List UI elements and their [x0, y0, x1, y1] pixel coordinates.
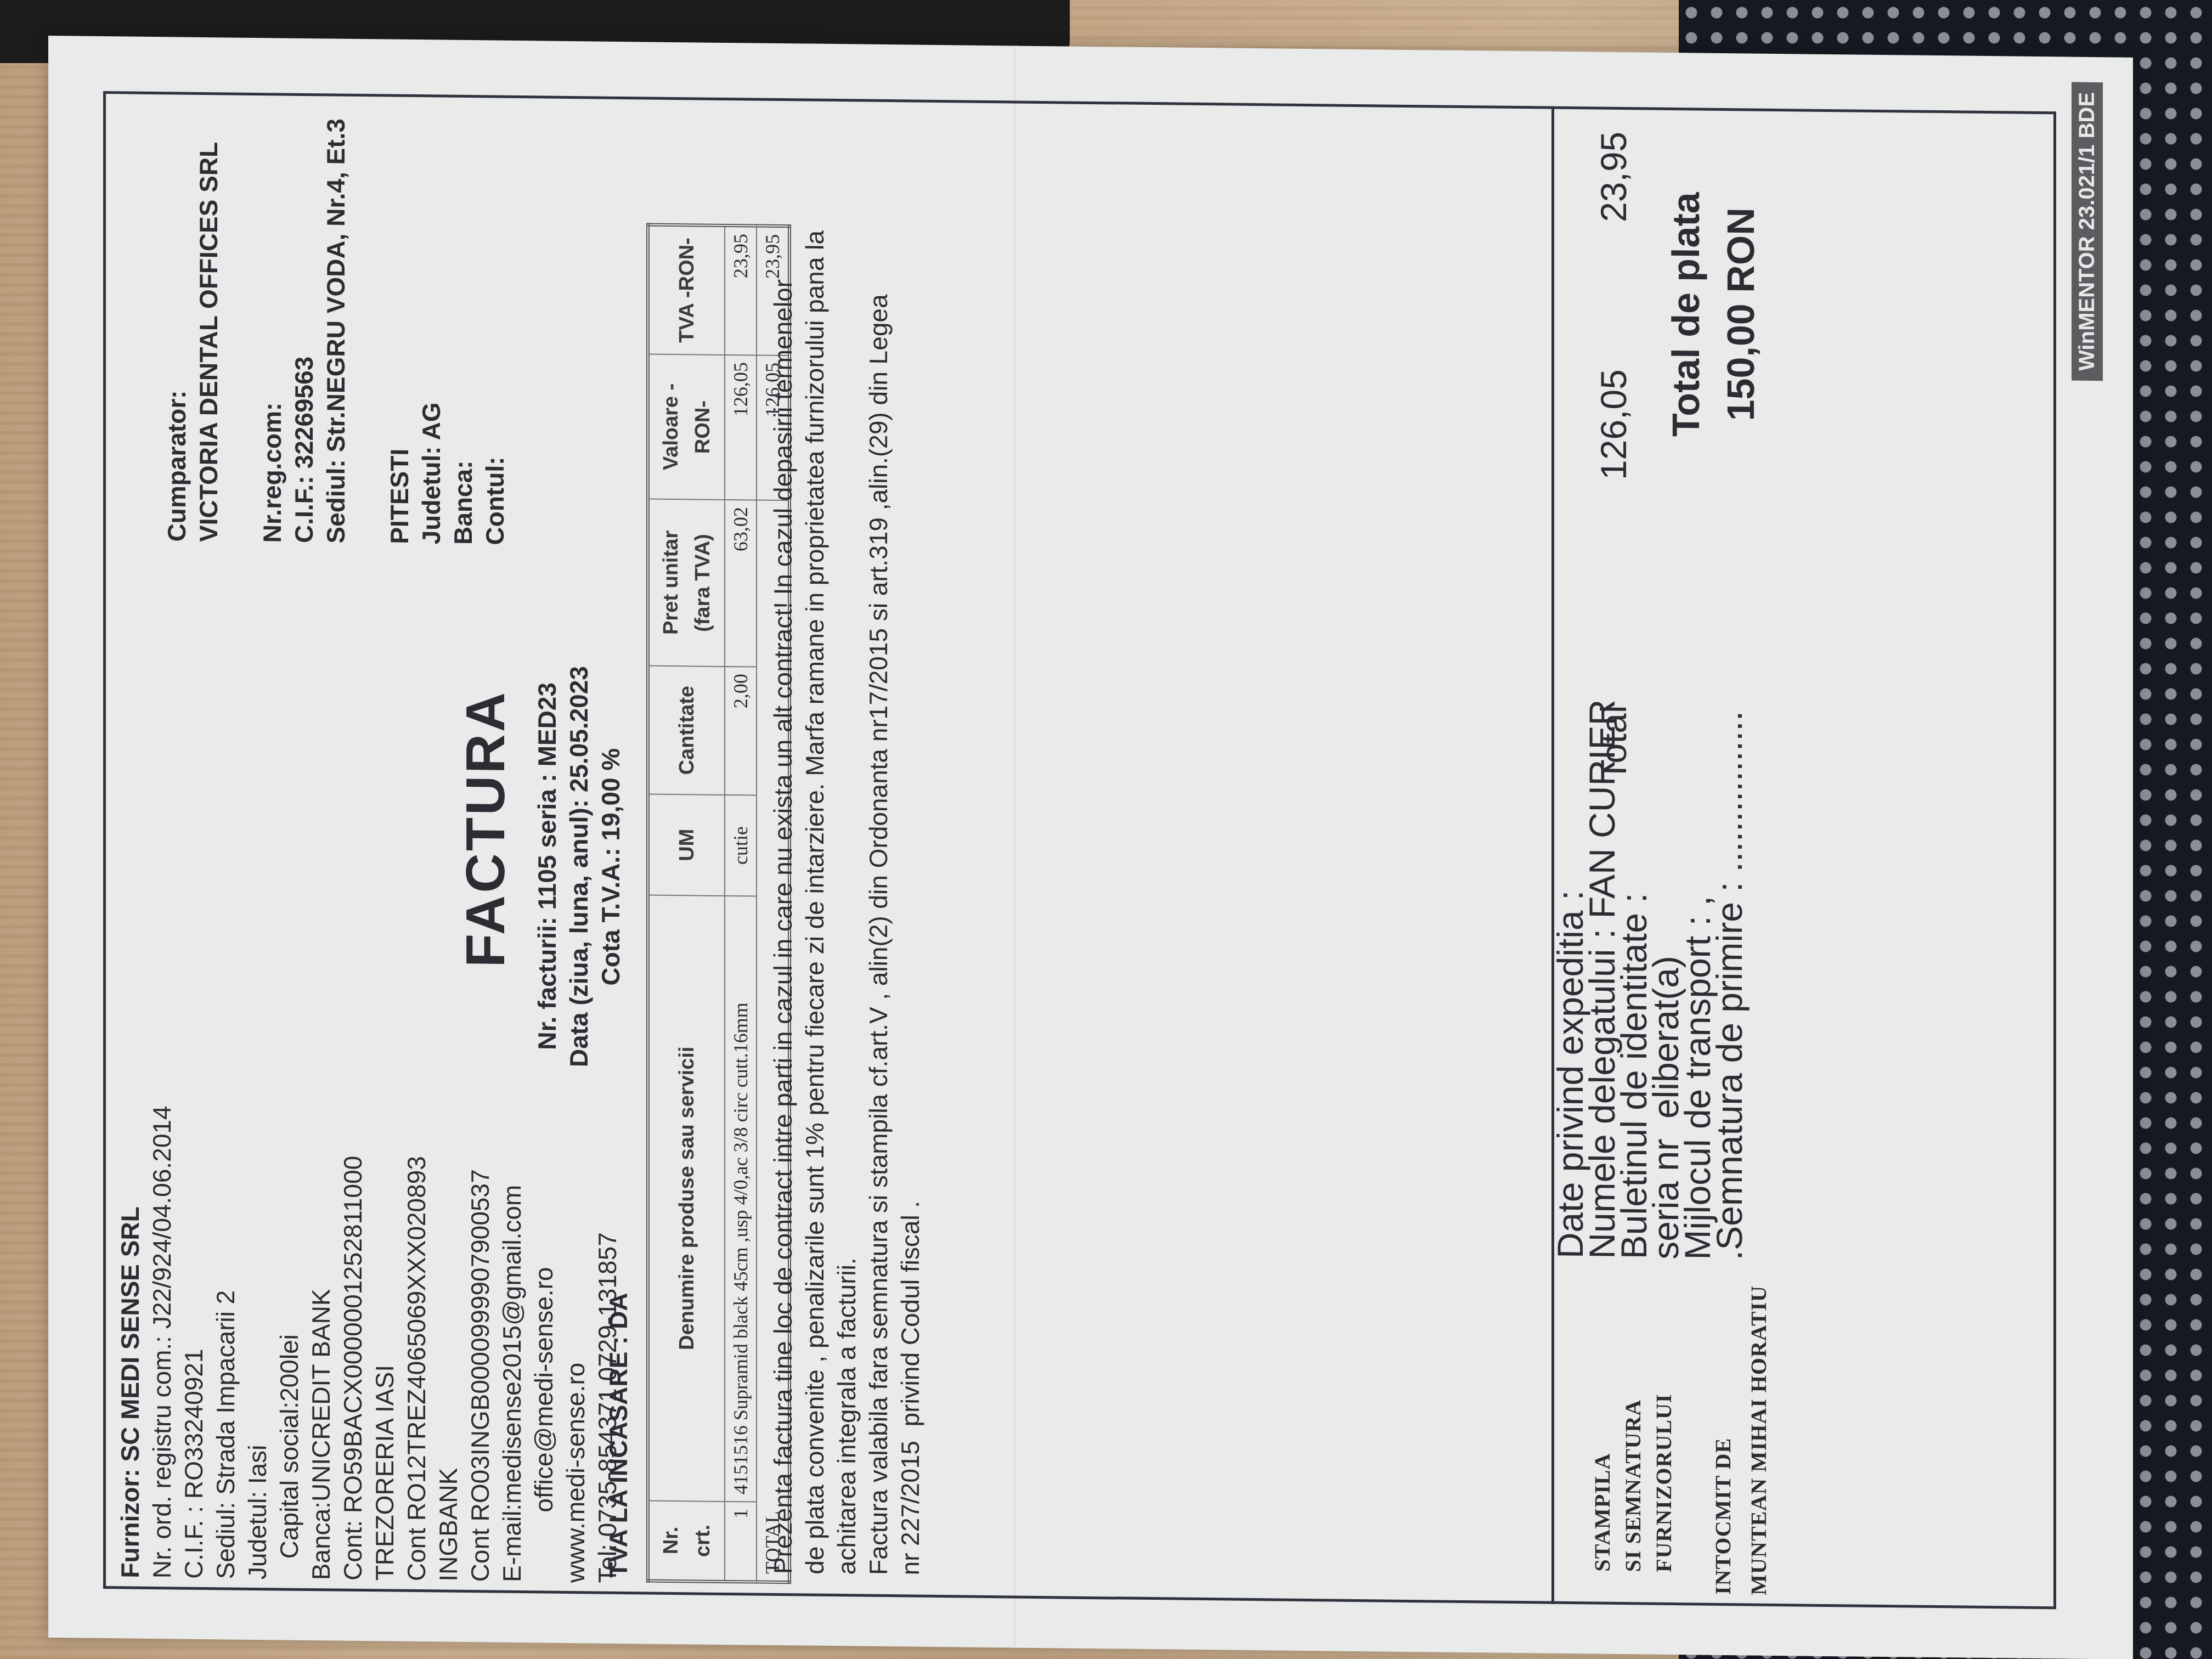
supplier-line: Cont RO12TREZ4065069XXX020893: [400, 1108, 432, 1581]
invoice-paper: Furnizor: SC MEDI SENSE SRL Nr. ord. reg…: [48, 36, 2133, 1659]
supplier-line: www.medi-sense.ro: [560, 1110, 591, 1583]
table-cell: 2,00: [725, 667, 757, 795]
stamp-label-line: SI SEMNATURA: [1618, 1393, 1649, 1572]
supplier-line: Sediul: Strada Impacarii 2: [210, 1106, 241, 1579]
prepared-by-label: INTOCMIT DE: [1708, 1437, 1739, 1595]
grand-total-value: 150,00 RON: [1719, 207, 1763, 421]
vat-rate: Cota T.V.A.: 19,00 %: [595, 666, 627, 1068]
shipping-line: .Semnatura de primire : ................: [1713, 701, 1745, 1260]
footer-section: STAMPILASI SEMNATURAFURNIZORULUI INTOCMI…: [1551, 106, 2056, 1610]
note-line: Prezenta factura tine loc de contract in…: [767, 230, 799, 1574]
legal-notes: Prezenta factura tine loc de contract in…: [767, 230, 926, 1576]
invoice-title-block: FACTURA: [454, 690, 517, 968]
buyer-label: Cumparator:: [161, 117, 193, 542]
footer-total-label: Total: [1593, 705, 1634, 782]
supplier-line: Cont RO03INGB0000999907900537: [464, 1109, 496, 1582]
table-cell: 63,02: [725, 500, 757, 667]
note-line: nr 227/2015 privind Codul fiscal .: [894, 232, 926, 1576]
buyer-line: Sediul: Str.NEGRU VODA, Nr.4, Et.3: [320, 119, 352, 544]
software-badge: WinMENTOR 23.021/1 BDE: [2072, 82, 2103, 381]
column-header: Pret unitar (fara TVA): [648, 499, 725, 666]
supplier-line: Cont: RO59BACX0000001252811000: [337, 1108, 369, 1581]
buyer-line: Banca:: [447, 120, 479, 545]
supplier-line: E-mail:medisense2015@gmail.com: [496, 1109, 528, 1582]
supplier-line: office@medi-sense.ro: [528, 1109, 560, 1582]
invoice-date: Data (ziua, luna, anul): 25.05.2023: [563, 666, 595, 1068]
supplier-title: Furnizor: SC MEDI SENSE SRL: [114, 1105, 146, 1578]
supplier-line: Nr. ord. registru com.: J22/924/04.06.20…: [146, 1105, 178, 1578]
grand-total-label: Total de plata: [1664, 192, 1708, 437]
table-cell: 1: [725, 1502, 757, 1582]
supplier-line: Banca:UNICREDIT BANK: [305, 1107, 337, 1580]
supplier-line: Judetul: Iasi: [241, 1107, 273, 1579]
buyer-block: Cumparator: VICTORIA DENTAL OFFICES SRL …: [161, 117, 511, 545]
invoice-number: Nr. facturii: 1105 seria : MED23: [531, 665, 563, 1067]
stamp-block: STAMPILASI SEMNATURAFURNIZORULUI: [1587, 1393, 1679, 1572]
column-header: Denumire produse sau servicii: [648, 895, 725, 1501]
buyer-name: VICTORIA DENTAL OFFICES SRL: [193, 117, 224, 542]
buyer-line: Judetul: AG: [415, 120, 447, 545]
table-cell: 23,95: [725, 225, 757, 356]
table-cell: 4151516 Supramid black 45cm ,usp 4/0,ac …: [725, 896, 757, 1502]
footer-total-value: 126,05: [1593, 369, 1634, 481]
column-header: UM: [648, 794, 725, 895]
supplier-line: C.I.F. : RO33240921: [178, 1106, 210, 1579]
invoice-title: FACTURA: [454, 690, 517, 968]
note-line: achitarea integrala a facturii.: [831, 230, 862, 1575]
table-cell: cutie: [725, 795, 757, 896]
vat-on-collection: TVA LA INCASARE : DA: [602, 1293, 634, 1578]
column-header: TVA -RON-: [648, 224, 725, 354]
column-header: Valoare -RON-: [648, 354, 725, 499]
column-header: Nr. crt.: [648, 1500, 725, 1581]
table-row: 14151516 Supramid black 45cm ,usp 4/0,ac…: [725, 225, 757, 1582]
supplier-block: Furnizor: SC MEDI SENSE SRL Nr. ord. reg…: [114, 1105, 623, 1583]
buyer-line: C.I.F.: 32269563: [288, 118, 320, 543]
note-line: Factura valabila fara semnatura si stamp…: [862, 231, 894, 1575]
stamp-label-line: STAMPILA: [1587, 1393, 1618, 1572]
buyer-line: Contul:: [479, 120, 511, 545]
supplier-line: INGBANK: [432, 1109, 464, 1582]
buyer-line: Nr.reg.com:: [256, 117, 288, 543]
shipping-block: Date privind expeditia :Numele delegatul…: [1554, 699, 1745, 1260]
supplier-line: Capital social:200lei: [273, 1107, 305, 1580]
note-line: de plata convenite , penalizarile sunt 1…: [799, 230, 831, 1575]
table-cell: 126,05: [725, 355, 757, 500]
invoice-meta: Nr. facturii: 1105 seria : MED23 Data (z…: [531, 665, 627, 1068]
buyer-line: PITESTI: [383, 119, 415, 544]
column-header: Cantitate: [648, 665, 725, 794]
prepared-by-name: MUNTEAN MIHAI HORATIU: [1743, 1285, 1774, 1595]
footer-total-vat: 23,95: [1593, 131, 1634, 222]
supplier-line: TREZORERIA IASI: [369, 1108, 400, 1581]
stamp-label-line: FURNIZORULUI: [1649, 1393, 1679, 1572]
